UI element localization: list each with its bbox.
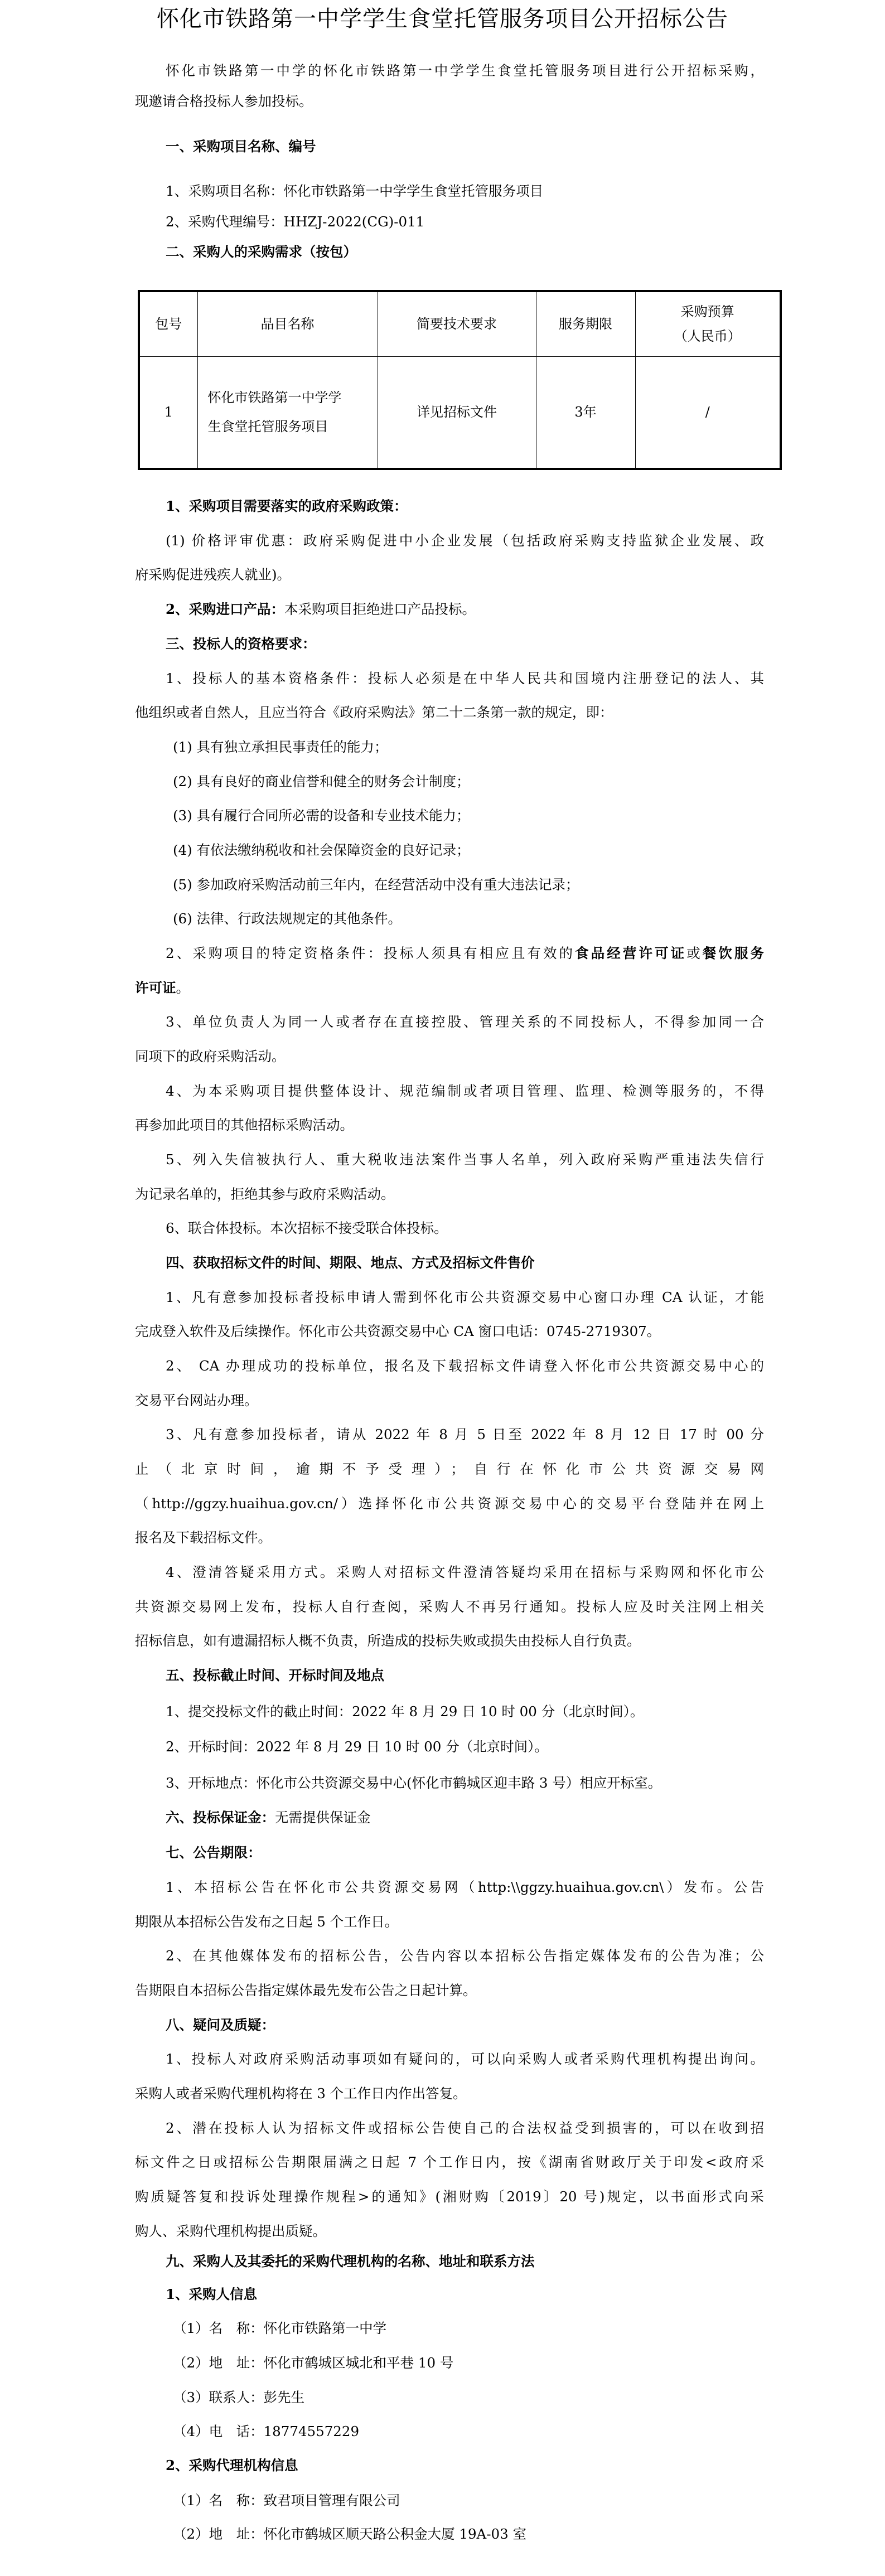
bid-opening-time: 2、开标时间：2022 年 8 月 29 日 10 时 00 分（北京时间）。 [166, 1739, 548, 1755]
header-budget-line-2: （人民币） [640, 324, 776, 348]
item-5-line-1: 5、列入失信被执行人、重大税收违法案件当事人名单，列入政府采购严重违法失信行 [166, 1151, 764, 1168]
item-3-line-2: 同项下的政府采购活动。 [135, 1048, 286, 1065]
cell-service-period: 3年 [536, 356, 635, 469]
purchaser-name: （1）名 称：怀化市铁路第一中学 [173, 2320, 386, 2337]
header-tech-requirements: 简要技术要求 [378, 291, 536, 356]
section-8-heading: 八、疑问及质疑： [166, 2017, 275, 2033]
s4-item-3-line-2: 止（北京时间，逾期不予受理）；自行在怀化市公共资源交易网 [135, 1461, 764, 1478]
condition-5: (5) 参加政府采购活动前三年内，在经营活动中没有重大违法记录； [173, 877, 579, 893]
requirements-table: 包号 品目名称 简要技术要求 服务期限 采购预算 （人民币） 1 怀化市铁路第一… [138, 290, 782, 470]
import-label: 2、采购进口产品： [166, 601, 284, 617]
s7-item-2-line-2: 告期限自本招标公告指定媒体最先发布公告之日起计算。 [135, 1982, 477, 1999]
s8-item-1-line-1: 1、投标人对政府采购活动事项如有疑问的，可以向采购人或者采购代理机构提出询问。 [166, 2051, 764, 2067]
agency-info-heading: 2、采购代理机构信息 [166, 2457, 298, 2474]
s8-item-1-line-2: 采购人或者采购代理机构将在 3 个工作日内作出答复。 [135, 2085, 467, 2102]
item-5-line-2: 为记录名单的，拒绝其参与政府采购活动。 [135, 1186, 395, 1203]
condition-3: (3) 具有履行合同所必需的设备和专业技术能力； [173, 807, 470, 824]
special-or: 或 [686, 945, 703, 961]
header-item-name: 品目名称 [197, 291, 378, 356]
cell-tech-requirements: 详见招标文件 [378, 356, 536, 469]
basic-qualification-line-2: 他组织或者自然人，且应当符合《政府采购法》第二十二条第一款的规定，即： [135, 704, 613, 721]
food-license: 食品经营许可证 [575, 945, 686, 961]
document-title: 怀化市铁路第一中学学生食堂托管服务项目公开招标公告 [0, 6, 885, 32]
purchaser-contact: （3）联系人：彭先生 [173, 2389, 304, 2406]
intro-line-1: 怀化市铁路第一中学的怀化市铁路第一中学学生食堂托管服务项目进行公开招标采购， [166, 62, 764, 79]
s8-item-2-line-4: 购人、采购代理机构提出质疑。 [135, 2223, 326, 2240]
item-6: 6、联合体投标。本次招标不接受联合体投标。 [166, 1220, 448, 1237]
condition-2: (2) 具有良好的商业信誉和健全的财务会计制度； [173, 773, 470, 790]
table-header-row: 包号 品目名称 简要技术要求 服务期限 采购预算 （人民币） [139, 291, 781, 356]
condition-1: (1) 具有独立承担民事责任的能力； [173, 739, 388, 756]
s4-item-3-line-3: （http://ggzy.huaihua.gov.cn/）选择怀化市公共资源交易… [135, 1495, 764, 1512]
section-5-heading: 五、投标截止时间、开标时间及地点 [166, 1667, 384, 1684]
s8-item-2-line-3: 购质疑答复和投诉处理操作规程>的通知》(湘财购〔2019〕20 号)规定，以书面… [135, 2188, 764, 2205]
header-budget-line-1: 采购预算 [640, 299, 776, 324]
section-2-heading: 二、采购人的采购需求（按包） [166, 244, 357, 260]
cell-item-name-line-1: 怀化市铁路第一中学学 [208, 383, 372, 412]
policy-item-1-line-2: 府采购促进残疾人就业)。 [135, 566, 291, 583]
section-3-heading: 三、投标人的资格要求： [166, 636, 316, 652]
section-9-heading: 九、采购人及其委托的采购代理机构的名称、地址和联系方法 [166, 2253, 535, 2270]
bid-deadline: 1、提交投标文件的截止时间：2022 年 8 月 29 日 10 时 00 分（… [166, 1703, 644, 1720]
cell-package-no: 1 [139, 356, 197, 469]
s4-item-3-line-1: 3、凡有意参加投标者，请从 2022 年 8 月 5 日至 2022 年 8 月… [166, 1426, 764, 1443]
s4-item-1-line-2: 完成登入软件及后续操作。怀化市公共资源交易中心 CA 窗口电话：0745-271… [135, 1323, 660, 1340]
cell-budget: / [635, 356, 781, 469]
special-qualification-line-2: 许可证。 [135, 980, 190, 996]
s4-item-4-line-3: 招标信息，如有遗漏招标人概不负责，所造成的投标失败或损失由投标人自行负责。 [135, 1633, 641, 1649]
deposit-text: 无需提供保证金 [275, 1809, 371, 1826]
item-4-line-2: 再参加此项目的其他招标采购活动。 [135, 1117, 354, 1134]
header-service-period: 服务期限 [536, 291, 635, 356]
s7-item-1-line-2: 期限从本招标公告发布之日起 5 个工作日。 [135, 1914, 398, 1930]
table-row: 1 怀化市铁路第一中学学 生食堂托管服务项目 详见招标文件 3年 / [139, 356, 781, 469]
agency-code: 2、采购代理编号：HHZJ-2022(CG)-011 [166, 214, 424, 230]
agency-address: （2）地 址：怀化市鹤城区顺天路公积金大厦 19A-03 室 [173, 2526, 526, 2543]
import-text: 本采购项目拒绝进口产品投标。 [284, 601, 476, 617]
condition-4: (4) 有依法缴纳税收和社会保障资金的良好记录； [173, 842, 470, 859]
agency-name: （1）名 称：致君项目管理有限公司 [173, 2492, 400, 2509]
s7-item-2-line-1: 2、在其他媒体发布的招标公告，公告内容以本招标公告指定媒体发布的公告为准；公 [166, 1948, 764, 1964]
purchaser-address: （2）地 址：怀化市鹤城区城北和平巷 10 号 [173, 2355, 453, 2371]
header-budget: 采购预算 （人民币） [635, 291, 781, 356]
item-4-line-1: 4、为本采购项目提供整体设计、规范编制或者项目管理、监理、检测等服务的，不得 [166, 1083, 764, 1100]
s4-item-2-line-1: 2、 CA 办理成功的投标单位，报名及下载招标文件请登入怀化市公共资源交易中心的 [166, 1358, 764, 1374]
s8-item-2-line-1: 2、潜在投标人认为招标文件或招标公告使自己的合法权益受到损害的，可以在收到招 [166, 2120, 764, 2137]
item-3-line-1: 3、单位负责人为同一人或者存在直接控股、管理关系的不同投标人，不得参加同一合 [166, 1014, 764, 1030]
section-6: 六、投标保证金：无需提供保证金 [166, 1809, 371, 1826]
section-4-heading: 四、获取招标文件的时间、期限、地点、方式及招标文件售价 [166, 1255, 535, 1271]
basic-qualification-line-1: 1、投标人的基本资格条件：投标人必须是在中华人民共和国境内注册登记的法人、其 [166, 670, 764, 687]
cell-item-name: 怀化市铁路第一中学学 生食堂托管服务项目 [197, 356, 378, 469]
project-name: 1、采购项目名称：怀化市铁路第一中学学生食堂托管服务项目 [166, 183, 543, 200]
policy-item-1-line-1: (1) 价格评审优惠：政府采购促进中小企业发展（包括政府采购支持监狱企业发展、政 [166, 532, 764, 549]
cell-item-name-line-2: 生食堂托管服务项目 [208, 412, 372, 441]
import-products: 2、采购进口产品：本采购项目拒绝进口产品投标。 [166, 601, 476, 618]
s4-item-3-line-4: 报名及下载招标文件。 [135, 1529, 272, 1546]
tender-announcement-document: 怀化市铁路第一中学学生食堂托管服务项目公开招标公告 怀化市铁路第一中学的怀化市铁… [0, 0, 885, 2576]
catering-service: 餐饮服务 [703, 945, 764, 961]
condition-6: (6) 法律、行政法规规定的其他条件。 [173, 911, 402, 927]
purchaser-phone: （4）电 话：18774557229 [173, 2423, 359, 2440]
section-1-heading: 一、采购项目名称、编号 [166, 138, 316, 155]
special-prefix: 2、采购项目的特定资格条件：投标人须具有相应且有效的 [166, 945, 575, 961]
section-6-heading: 六、投标保证金： [166, 1809, 275, 1826]
period-mark: 。 [176, 980, 190, 996]
s8-item-2-line-2: 标文件之日或招标公告期限届满之日起 7 个工作日内，按《湖南省财政厅关于印发<政… [135, 2154, 764, 2171]
purchaser-info-heading: 1、采购人信息 [166, 2286, 257, 2303]
s4-item-1-line-1: 1、凡有意参加投标者投标申请人需到怀化市公共资源交易中心窗口办理 CA 认证，才… [166, 1289, 764, 1306]
special-qualification-line-1: 2、采购项目的特定资格条件：投标人须具有相应且有效的食品经营许可证或餐饮服务 [166, 945, 764, 962]
s4-item-4-line-1: 4、澄清答疑采用方式。采购人对招标文件澄清答疑均采用在招标与采购网和怀化市公 [166, 1564, 764, 1581]
header-package-no: 包号 [139, 291, 197, 356]
policy-heading: 1、采购项目需要落实的政府采购政策： [166, 498, 408, 515]
s4-item-4-line-2: 共资源交易网上发布，投标人自行查阅，采购人不再另行通知。投标人应及时关注网上相关 [135, 1599, 764, 1615]
s4-item-2-line-2: 交易平台网站办理。 [135, 1392, 258, 1409]
bid-opening-location: 3、开标地点：怀化市公共资源交易中心(怀化市鹤城区迎丰路 3 号）相应开标室。 [166, 1775, 661, 1791]
license-word: 许可证 [135, 980, 176, 996]
intro-line-2: 现邀请合格投标人参加投标。 [135, 93, 313, 110]
s7-item-1-line-1: 1、本招标公告在怀化市公共资源交易网（http:\\ggzy.huaihua.g… [166, 1879, 764, 1896]
section-7-heading: 七、公告期限： [166, 1844, 262, 1861]
